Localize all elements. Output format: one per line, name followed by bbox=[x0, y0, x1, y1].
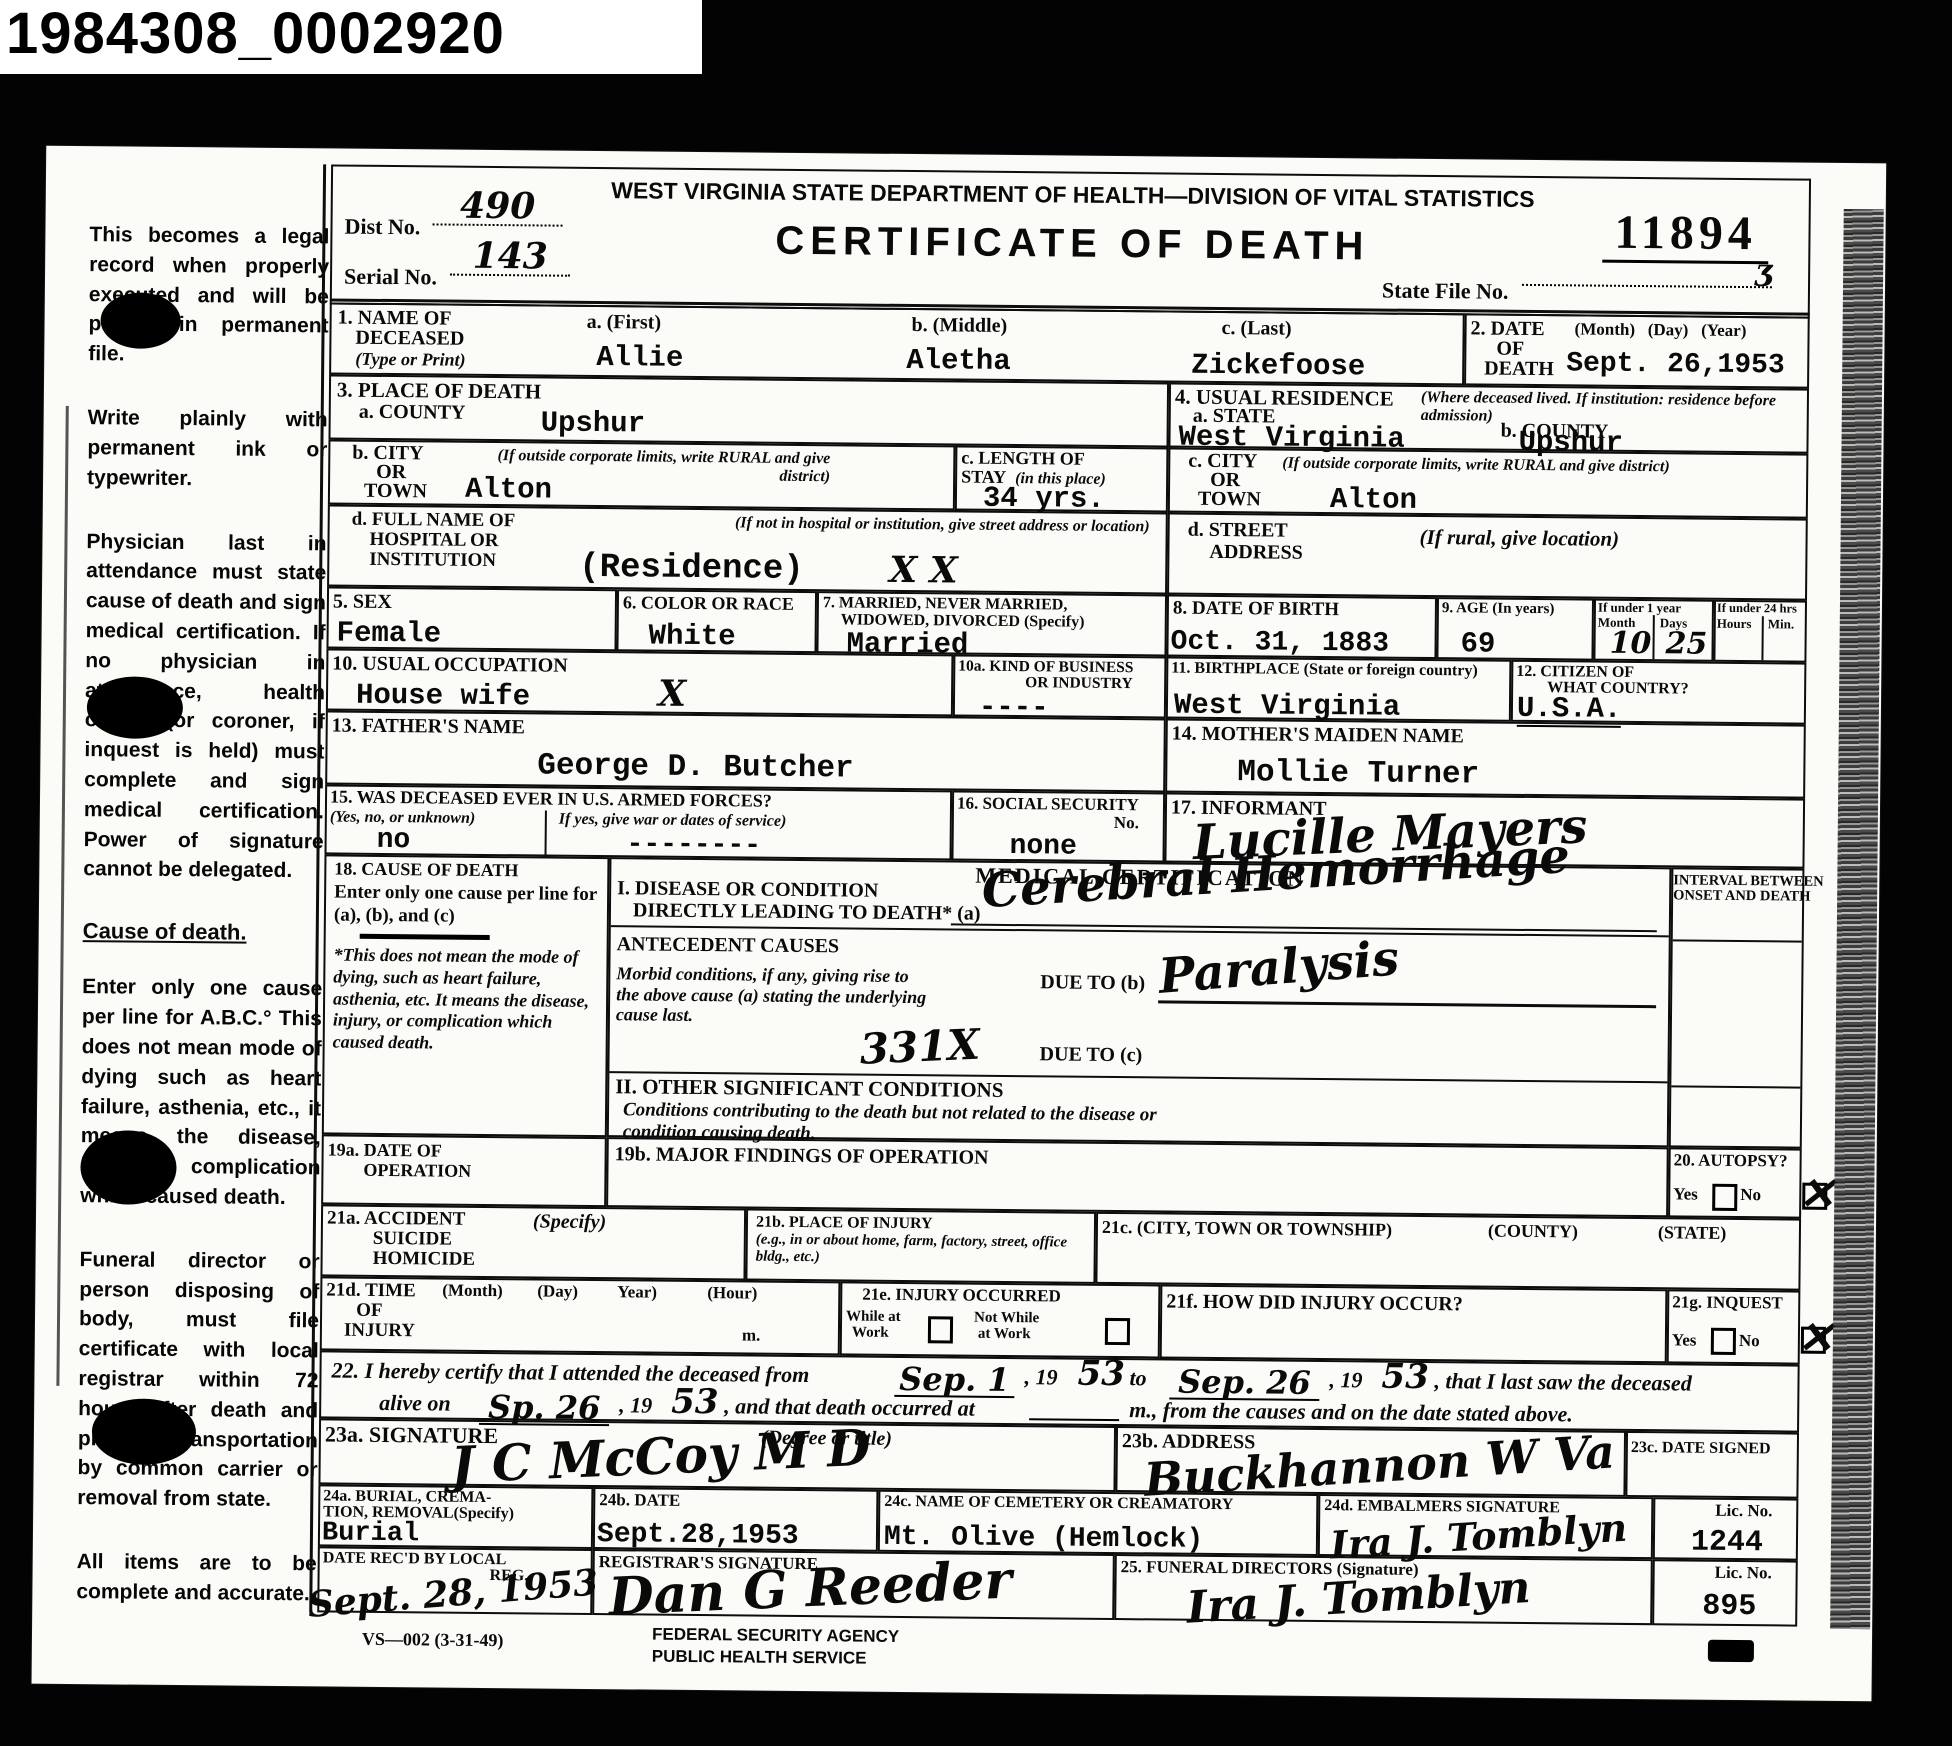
months-value: 10 bbox=[1609, 629, 1651, 659]
accident-label3: HOMICIDE bbox=[373, 1249, 476, 1271]
antecedent-causes-note: Morbid conditions, if any, giving rise t… bbox=[616, 963, 927, 1028]
field-16-social-security: 16. SOCIAL SECURITY No. none bbox=[951, 790, 1165, 862]
hospital-value-x-marks: X X bbox=[889, 552, 958, 589]
date-of-death-value: Sept. 26,1953 bbox=[1566, 348, 1785, 381]
due-to-c-label: DUE TO (c) bbox=[1040, 1043, 1143, 1066]
inquest-yes-checkbox bbox=[1711, 1328, 1736, 1355]
field-23a-signature: 23a. SIGNATURE J C McCoy M D (Degree or … bbox=[318, 1418, 1116, 1492]
medical-certification-main: MEDICAL CERTIFICATION I. DISEASE OR COND… bbox=[607, 857, 1672, 1147]
city-value: Alton bbox=[465, 473, 552, 507]
middle-name-value: Aletha bbox=[906, 344, 1011, 378]
business-label2: OR INDUSTRY bbox=[1025, 675, 1133, 692]
field-3c-length-of-stay: c. LENGTH OF STAY (in this place) 34 yrs… bbox=[955, 445, 1169, 512]
fathers-name-value: George D. Butcher bbox=[537, 748, 854, 786]
disease-label1: I. DISEASE OR CONDITION bbox=[617, 877, 878, 902]
certify-seg4: , 19 bbox=[1329, 1367, 1362, 1393]
armed-forces-value: no bbox=[376, 825, 410, 856]
operation-date-label1: 19a. DATE OF bbox=[328, 1140, 442, 1161]
place-of-injury-label: 21b. PLACE OF INJURY bbox=[756, 1214, 933, 1233]
field-8-date-of-birth: 8. DATE OF BIRTH Oct. 31, 1883 bbox=[1166, 594, 1437, 659]
issuing-agency: FEDERAL SECURITY AGENCY PUBLIC HEALTH SE… bbox=[652, 1624, 900, 1671]
color-race-value: White bbox=[648, 620, 735, 654]
cemetery-label: 24c. NAME OF CEMETERY OR CREAMATORY bbox=[884, 1494, 1233, 1514]
inquest-no-checkbox: ✕ bbox=[1801, 1327, 1826, 1354]
inquest-yes-label: Yes bbox=[1672, 1331, 1697, 1350]
occupation-label: 10. USUAL OCCUPATION bbox=[332, 652, 568, 677]
sex-value: Female bbox=[336, 617, 441, 651]
injury-year-col: Year) bbox=[617, 1283, 657, 1302]
ink-blot bbox=[100, 292, 181, 349]
field-18-cause-of-death-panel: 18. CAUSE OF DEATH Enter only one cause … bbox=[322, 854, 610, 1137]
burial-value: Burial bbox=[322, 1518, 420, 1549]
field-21d-time-of-injury: 21d. TIME OF INJURY (Month) (Day) Year) … bbox=[320, 1276, 841, 1355]
field-21b-place-of-injury: 21b. PLACE OF INJURY (e.g., in or about … bbox=[745, 1208, 1096, 1283]
burial-date-label: 24b. DATE bbox=[599, 1491, 680, 1510]
certify-seg5: , that I last saw the deceased bbox=[1434, 1368, 1692, 1396]
scan-page-edge bbox=[1830, 209, 1884, 1629]
disease-label2: DIRECTLY LEADING TO DEATH* (a) bbox=[633, 899, 981, 925]
certify-seg7: , 19 bbox=[619, 1392, 652, 1418]
certify-seg1: 22. I hereby certify that I attended the… bbox=[331, 1358, 809, 1389]
field-10-usual-occupation: 10. USUAL OCCUPATION House wife X bbox=[326, 648, 954, 716]
certificate-header: Dist No. 490 Serial No. 143 WEST VIRGINI… bbox=[330, 164, 1811, 318]
state-file-no-label: State File No. bbox=[1382, 279, 1509, 305]
injury-m-label: m. bbox=[742, 1326, 761, 1345]
first-name-value: Allie bbox=[596, 341, 683, 375]
cause-instruction-2: *This does not mean the mode of dying, s… bbox=[333, 944, 599, 1056]
last-name-label: c. (Last) bbox=[1221, 317, 1291, 340]
age-value: 69 bbox=[1460, 627, 1495, 660]
dist-no-label: Dist No. bbox=[344, 215, 420, 240]
name-label-line3: (Type or Print) bbox=[355, 349, 466, 371]
date-recd-value: Sept. 28, 1953 bbox=[306, 1564, 599, 1622]
margin-note-write-plainly: Write plainly with permanent ink or type… bbox=[87, 403, 328, 495]
hospital-label2: HOSPITAL OR bbox=[369, 529, 498, 552]
field-13-fathers-name: 13. FATHER'S NAME George D. Butcher bbox=[325, 710, 1166, 792]
field-19b-major-findings: 19b. MAJOR FINDINGS OF OPERATION bbox=[606, 1137, 1669, 1217]
injury-county-label: (COUNTY) bbox=[1488, 1222, 1578, 1243]
name-label-line2: DECEASED bbox=[355, 327, 464, 350]
months-days-divider bbox=[1652, 615, 1654, 659]
field-20-autopsy: 20. AUTOPSY? Yes No ✕ bbox=[1668, 1147, 1802, 1218]
field-9-age: 9. AGE (In years) 69 bbox=[1436, 597, 1594, 661]
margin-note-items-complete: All items are to be complete and accurat… bbox=[76, 1547, 317, 1609]
field-3b-city-or-town: b. CITY OR TOWN (If outside corporate li… bbox=[328, 439, 956, 510]
under-1-year-label: If under 1 year bbox=[1598, 601, 1681, 615]
certify-seg3: to bbox=[1129, 1365, 1146, 1391]
embalmer-lic-value: 1244 bbox=[1691, 1526, 1763, 1561]
certify-last-seen-year: 53 bbox=[671, 1385, 719, 1419]
date-of-death-label3: DEATH bbox=[1484, 358, 1554, 381]
field-7-marital-status: 7. MARRIED, NEVER MARRIED, WIDOWED, DIVO… bbox=[816, 591, 1167, 656]
field-21f-how-did-injury-occur: 21f. HOW DID INJURY OCCUR? bbox=[1160, 1284, 1668, 1363]
hospital-note: (If not in hospital or institution, give… bbox=[620, 513, 1150, 536]
field-19a-date-of-operation: 19a. DATE OF OPERATION bbox=[321, 1134, 607, 1207]
serial-no-label: Serial No. bbox=[344, 265, 437, 291]
field-2-date-of-death: 2. DATE OF DEATH (Month) (Day) (Year) Se… bbox=[1464, 313, 1810, 388]
injury-day-col: (Day) bbox=[537, 1282, 578, 1301]
injury-month-col: (Month) bbox=[442, 1282, 503, 1301]
middle-name-label: b. (Middle) bbox=[911, 314, 1007, 337]
other-significant-conditions-row: II. OTHER SIGNIFICANT CONDITIONS Conditi… bbox=[609, 1071, 1668, 1149]
other-conditions-label: II. OTHER SIGNIFICANT CONDITIONS bbox=[615, 1075, 1003, 1102]
mothers-name-value: Mollie Turner bbox=[1237, 755, 1479, 792]
certify-seg9: m., from the causes and on the date stat… bbox=[1129, 1397, 1573, 1427]
margin-note-funeral-director: Funeral director or person disposing of … bbox=[77, 1245, 320, 1516]
while-at-work-label2: Work bbox=[852, 1326, 889, 1342]
field-6-color-or-race: 6. COLOR OR RACE White bbox=[616, 589, 817, 653]
field-9-under-24-hrs: If under 24 hrs Hours Min. bbox=[1713, 600, 1807, 663]
hours-min-divider bbox=[1761, 616, 1763, 660]
street-address-label1: d. STREET bbox=[1188, 519, 1288, 542]
autopsy-no-checkbox: ✕ bbox=[1802, 1183, 1827, 1210]
city-label3: TOWN bbox=[364, 480, 427, 503]
due-to-b-label: DUE TO (b) bbox=[1040, 971, 1145, 994]
while-at-work-checkbox bbox=[928, 1316, 953, 1343]
injury-occurred-label: 21e. INJURY OCCURRED bbox=[862, 1286, 1061, 1307]
field-21e-injury-occurred: 21e. INJURY OCCURRED While at Work Not W… bbox=[840, 1281, 1161, 1358]
last-name-value: Zickefoose bbox=[1191, 349, 1365, 384]
degree-or-title-label: (Degree or title) bbox=[761, 1427, 892, 1451]
scan-id-strip: 1984308_0002920 bbox=[0, 0, 702, 74]
certify-to-year: 53 bbox=[1381, 1360, 1429, 1394]
min-label: Min. bbox=[1768, 617, 1795, 631]
accident-specify-note: (Specify) bbox=[533, 1210, 607, 1234]
field-4c-residence-city: c. CITY OR TOWN (If outside corporate li… bbox=[1168, 447, 1809, 518]
inquest-no-label: No bbox=[1739, 1332, 1760, 1351]
autopsy-yes-checkbox bbox=[1712, 1184, 1737, 1211]
armed-forces-label: 15. WAS DECEASED EVER IN U.S. ARMED FORC… bbox=[330, 787, 772, 811]
cause-panel-rule bbox=[360, 933, 490, 939]
under-24-hrs-label: If under 24 hrs bbox=[1717, 602, 1797, 616]
certify-from-year: 53 bbox=[1077, 1357, 1125, 1391]
dob-value: Oct. 31, 1883 bbox=[1170, 627, 1389, 660]
residence-city-value: Alton bbox=[1330, 483, 1417, 517]
field-24a-burial-cremation: 24a. BURIAL, CREMA- TION, REMOVAL(Specif… bbox=[318, 1484, 594, 1549]
field-24d-license-no: Lic. No. 1244 bbox=[1653, 1497, 1799, 1560]
occupation-value: House wife bbox=[356, 679, 530, 714]
field-10a-kind-of-business: 10a. KIND OF BUSINESS OR INDUSTRY ---- bbox=[953, 654, 1167, 718]
county-label: a. COUNTY bbox=[359, 401, 466, 424]
burial-date-value: Sept.28,1953 bbox=[597, 1519, 799, 1552]
major-findings-label: 19b. MAJOR FINDINGS OF OPERATION bbox=[615, 1143, 989, 1169]
due-to-b-value: Paralysis bbox=[1157, 934, 1401, 1001]
agency-line2: PUBLIC HEALTH SERVICE bbox=[652, 1646, 899, 1670]
inquest-no-x-mark: ✕ bbox=[1797, 1317, 1834, 1361]
field-11-birthplace: 11. BIRTHPLACE (State or foreign country… bbox=[1166, 656, 1512, 721]
certify-seg6: alive on bbox=[379, 1390, 451, 1417]
days-value: 25 bbox=[1665, 629, 1707, 659]
fathers-name-label: 13. FATHER'S NAME bbox=[332, 714, 525, 738]
injury-city-label: 21c. (CITY, TOWN OR TOWNSHIP) bbox=[1102, 1218, 1392, 1241]
ink-blot bbox=[80, 1130, 177, 1205]
mothers-name-label: 14. MOTHER'S MAIDEN NAME bbox=[1172, 723, 1464, 748]
agency-line1: FEDERAL SECURITY AGENCY bbox=[652, 1624, 899, 1648]
cause-of-death-title: 18. CAUSE OF DEATH bbox=[334, 859, 518, 881]
certify-hour-blank bbox=[1029, 1396, 1119, 1421]
street-address-note: (If rural, give location) bbox=[1419, 525, 1619, 551]
field-registrar-signature: REGISTRAR'S SIGNATURE Dan G Reeder bbox=[592, 1549, 1115, 1620]
not-while-at-work-checkbox bbox=[1105, 1318, 1130, 1345]
dob-label: 8. DATE OF BIRTH bbox=[1173, 599, 1339, 621]
while-at-work-label1: While at bbox=[846, 1309, 901, 1325]
ssn-label1: 16. SOCIAL SECURITY bbox=[957, 794, 1139, 814]
armed-forces-divider bbox=[545, 811, 547, 855]
due-to-b-line bbox=[1158, 1000, 1656, 1007]
injury-hour-col: (Hour) bbox=[707, 1284, 757, 1303]
date-signed-label: 23c. DATE SIGNED bbox=[1631, 1439, 1771, 1458]
field-25-funeral-director: 25. FUNERAL DIRECTORS (Signature) Ira J.… bbox=[1114, 1554, 1653, 1625]
registrar-signature-value: Dan G Reeder bbox=[608, 1555, 1013, 1624]
interval-column: INTERVAL BETWEEN ONSET AND DEATH bbox=[1669, 867, 1805, 1148]
time-of-injury-label2: OF bbox=[356, 1301, 383, 1322]
state-file-no-mark: ʒ bbox=[1522, 254, 1772, 288]
hours-label: Hours bbox=[1717, 617, 1752, 631]
date-recd-label1: DATE REC'D BY LOCAL bbox=[323, 1550, 507, 1569]
armed-forces-note2: If yes, give war or dates of service) bbox=[559, 811, 787, 832]
interval-label-line2: ONSET AND DEATH bbox=[1673, 889, 1802, 905]
autopsy-no-label: No bbox=[1740, 1186, 1761, 1205]
date-of-death-columns: (Month) (Day) (Year) bbox=[1575, 320, 1747, 340]
ink-blot bbox=[87, 676, 184, 739]
cause-instruction-1: Enter only one cause per line for (a), (… bbox=[334, 882, 599, 930]
not-while-at-work-label2: at Work bbox=[978, 1327, 1031, 1343]
field-23b-address: 23b. ADDRESS Buckhannon W Va bbox=[1115, 1426, 1626, 1497]
scan-id-text: 1984308_0002920 bbox=[6, 0, 505, 67]
field-date-received-local-registrar: DATE REC'D BY LOCAL REG. Sept. 28, 1953 bbox=[317, 1546, 593, 1615]
stamp-mark bbox=[1708, 1640, 1754, 1662]
certificate-title: CERTIFICATE OF DEATH bbox=[482, 216, 1662, 272]
certify-seg2: , 19 bbox=[1024, 1364, 1057, 1390]
sex-label: 5. SEX bbox=[333, 590, 392, 613]
hospital-value: (Residence) bbox=[579, 549, 804, 589]
field-23c-date-signed: 23c. DATE SIGNED bbox=[1625, 1431, 1799, 1499]
ink-blot bbox=[92, 1398, 197, 1465]
color-race-label: 6. COLOR OR RACE bbox=[623, 593, 794, 614]
form-number: VS—002 (3-31-49) bbox=[362, 1629, 504, 1651]
antecedent-causes-label: ANTECEDENT CAUSES bbox=[617, 933, 840, 958]
county-value: Upshur bbox=[540, 406, 645, 440]
autopsy-yes-label: Yes bbox=[1673, 1185, 1698, 1204]
field-12-citizen-of: 12. CITIZEN OF WHAT COUNTRY? U.S.A. bbox=[1511, 660, 1807, 725]
funeral-lic-value: 895 bbox=[1702, 1590, 1756, 1625]
funeral-lic-label: Lic. No. bbox=[1715, 1564, 1772, 1583]
operation-date-label2: OPERATION bbox=[363, 1161, 471, 1182]
field-9-under-1-year: If under 1 year Month Days 10 25 bbox=[1593, 599, 1714, 662]
embalmer-lic-label: Lic. No. bbox=[1715, 1502, 1772, 1521]
field-24c-cemetery-name: 24c. NAME OF CEMETERY OR CREAMATORY Mt. … bbox=[878, 1490, 1319, 1556]
margin-heading-cause-of-death: Cause of death. bbox=[83, 918, 323, 946]
birthplace-label: 11. BIRTHPLACE (State or foreign country… bbox=[1171, 661, 1506, 681]
field-15-armed-forces: 15. WAS DECEASED EVER IN U.S. ARMED FORC… bbox=[324, 784, 952, 860]
hospital-label3: INSTITUTION bbox=[369, 549, 496, 571]
field-5-sex: 5. SEX Female bbox=[326, 586, 617, 651]
field-1-name-of-deceased: 1. NAME OF DECEASED (Type or Print) a. (… bbox=[329, 302, 1465, 385]
certify-seg8: , and that death occurred at bbox=[724, 1393, 975, 1421]
autopsy-no-x-mark: ✕ bbox=[1798, 1173, 1835, 1217]
autopsy-label: 20. AUTOPSY? bbox=[1674, 1151, 1788, 1171]
field-4d-street-address: d. STREET ADDRESS (If rural, give locati… bbox=[1167, 512, 1808, 600]
occupation-x-mark: X bbox=[658, 676, 686, 712]
page-edge-line bbox=[56, 406, 68, 1386]
field-25-license-no: Lic. No. 895 bbox=[1652, 1559, 1798, 1626]
interval-cell-b bbox=[1671, 939, 1801, 1086]
inquest-label: 21g. INQUEST bbox=[1672, 1293, 1783, 1313]
interval-cell-c bbox=[1671, 1085, 1801, 1154]
ssn-label2: No. bbox=[1114, 814, 1139, 833]
first-name-label: a. (First) bbox=[587, 311, 662, 334]
place-of-injury-note: (e.g., in or about home, farm, factory, … bbox=[756, 1232, 1086, 1270]
field-4-usual-residence-state-county: 4. USUAL RESIDENCE (Where deceased lived… bbox=[1168, 383, 1809, 454]
field-24d-embalmer-signature: 24d. EMBALMERS SIGNATURE Ira J. Tomblyn bbox=[1318, 1494, 1654, 1559]
field-21g-inquest: 21g. INQUEST Yes No ✕ bbox=[1667, 1289, 1801, 1364]
age-label: 9. AGE (In years) bbox=[1442, 601, 1555, 618]
field-21c-city-county-state: 21c. (CITY, TOWN OR TOWNSHIP) (COUNTY) (… bbox=[1095, 1212, 1801, 1291]
field-24b-burial-date: 24b. DATE Sept.28,1953 bbox=[593, 1487, 879, 1552]
usual-residence-note: (Where deceased lived. If institution: r… bbox=[1421, 389, 1799, 429]
disease-condition-row: MEDICAL CERTIFICATION I. DISEASE OR COND… bbox=[611, 859, 1670, 935]
not-while-at-work-label1: Not While bbox=[974, 1311, 1039, 1327]
street-address-label2: ADDRESS bbox=[1209, 541, 1303, 564]
field-21a-accident-suicide-homicide: 21a. ACCIDENT SUICIDE HOMICIDE (Specify) bbox=[320, 1204, 746, 1280]
residence-city-label3: TOWN bbox=[1198, 488, 1261, 511]
due-to-c-value: 331X bbox=[859, 1024, 981, 1071]
residence-city-note: (If outside corporate limits, write RURA… bbox=[1282, 455, 1802, 478]
field-14-mothers-maiden-name: 14. MOTHER'S MAIDEN NAME Mollie Turner bbox=[1165, 718, 1806, 798]
field-3d-hospital-or-institution: d. FULL NAME OF HOSPITAL OR INSTITUTION … bbox=[327, 504, 1168, 594]
department-name: WEST VIRGINIA STATE DEPARTMENT OF HEALTH… bbox=[483, 176, 1663, 214]
time-of-injury-label3: INJURY bbox=[344, 1321, 415, 1343]
field-3-place-of-death-county: 3. PLACE OF DEATH a. COUNTY Upshur bbox=[328, 374, 1169, 447]
how-injury-occurred-label: 21f. HOW DID INJURY OCCUR? bbox=[1166, 1291, 1463, 1316]
cemetery-value: Mt. Olive (Hemlock) bbox=[884, 1522, 1204, 1556]
scan-background: 1984308_0002920 This becomes a legal rec… bbox=[0, 0, 1952, 1746]
certificate-sheet: This becomes a legal record when properl… bbox=[32, 146, 1887, 1702]
antecedent-causes-row: ANTECEDENT CAUSES Morbid conditions, if … bbox=[609, 925, 1668, 1081]
interval-header-box: INTERVAL BETWEEN ONSET AND DEATH bbox=[1673, 873, 1803, 940]
injury-state-label: (STATE) bbox=[1658, 1223, 1727, 1243]
